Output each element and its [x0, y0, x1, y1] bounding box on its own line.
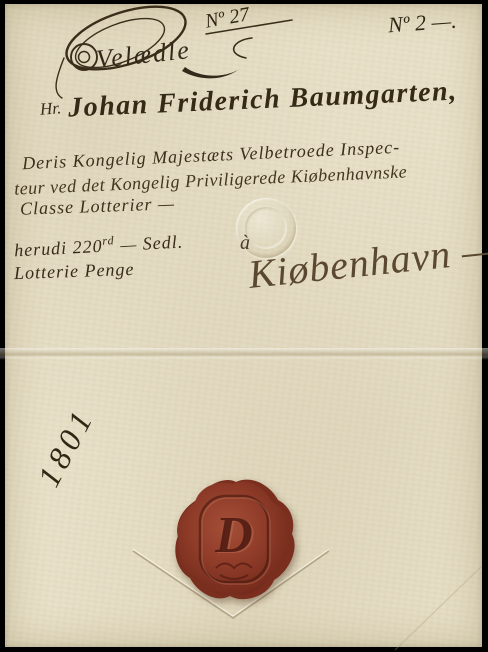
enclosure-line2: Lotterie Penge	[14, 260, 135, 282]
docket-number-right: Nº 2 —.	[387, 10, 457, 37]
embossed-stamp-inner-ring	[245, 207, 287, 249]
letter-scan-frame: Nº 27 Nº 2 —. Velædle Hr. Johan Frideric…	[0, 0, 488, 652]
enclosure-amount-unit: rd	[102, 233, 115, 248]
seal-monogram: D	[214, 507, 253, 564]
fold-crease	[0, 348, 488, 360]
destination-dash: —	[459, 226, 488, 275]
wax-seal: D D	[170, 476, 298, 604]
enclosure-amount-suffix: — Sedl.	[120, 232, 184, 255]
salutation-abbrev: Hr.	[39, 99, 61, 117]
destination-prefix: à	[240, 233, 250, 253]
